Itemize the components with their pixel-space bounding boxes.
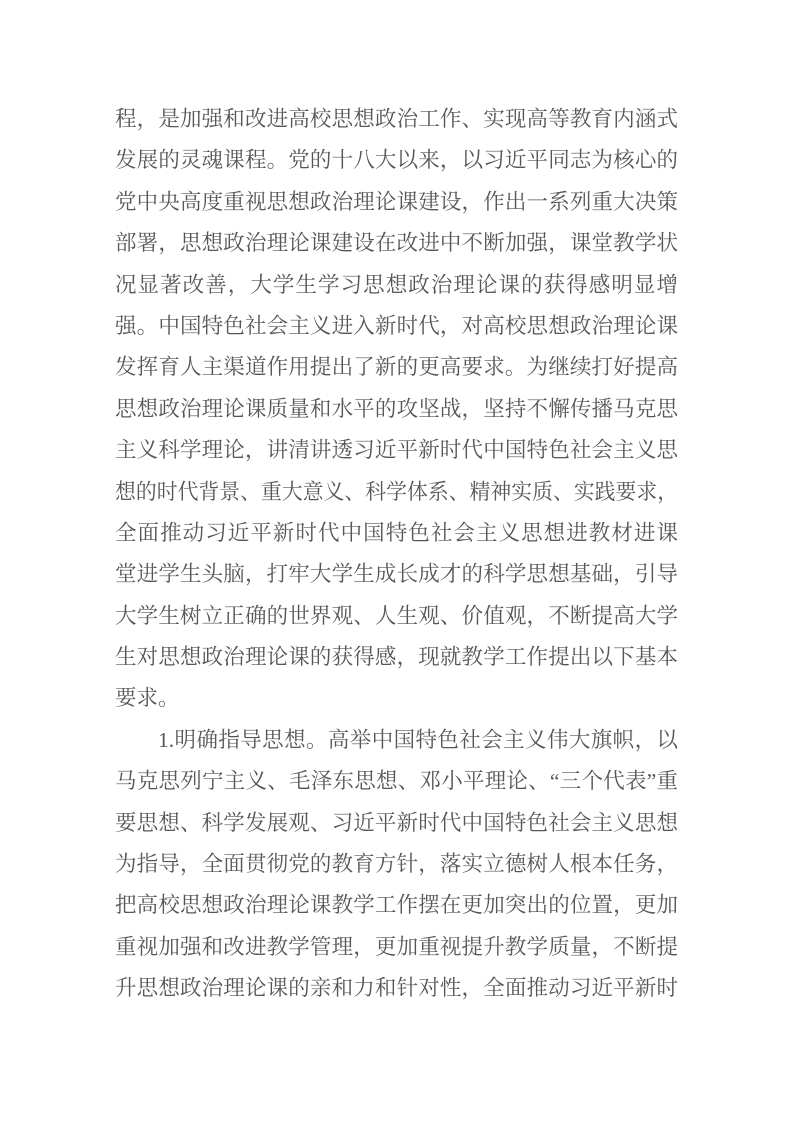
text-line: 部署，思想政治理论课建设在改进中不断加强，课堂教学状 xyxy=(115,223,678,264)
text-line: 要思想、科学发展观、习近平新时代中国特色社会主义思想 xyxy=(115,803,678,844)
text-line: 况显著改善，大学生学习思想政治理论课的获得感明显增 xyxy=(115,265,678,306)
text-line: 党中央高度重视思想政治理论课建设，作出一系列重大决策 xyxy=(115,182,678,223)
text-line: 1.明确指导思想。高举中国特色社会主义伟大旗帜，以 xyxy=(115,720,678,761)
text-line: 大学生树立正确的世界观、人生观、价值观，不断提高大学 xyxy=(115,596,678,637)
text-line: 主义科学理论，讲清讲透习近平新时代中国特色社会主义思 xyxy=(115,430,678,471)
document-text: 程，是加强和改进高校思想政治工作、实现高等教育内涵式发展的灵魂课程。党的十八大以… xyxy=(115,99,678,1010)
text-line: 强。中国特色社会主义进入新时代，对高校思想政治理论课 xyxy=(115,306,678,347)
text-line: 为指导，全面贯彻党的教育方针，落实立德树人根本任务， xyxy=(115,844,678,885)
text-line: 发展的灵魂课程。党的十八大以来，以习近平同志为核心的 xyxy=(115,140,678,181)
text-line: 马克思列宁主义、毛泽东思想、邓小平理论、“三个代表”重 xyxy=(115,761,678,802)
text-line: 思想政治理论课质量和水平的攻坚战，坚持不懈传播马克思 xyxy=(115,389,678,430)
text-line: 升思想政治理论课的亲和力和针对性，全面推动习近平新时 xyxy=(115,968,678,1009)
text-line: 程，是加强和改进高校思想政治工作、实现高等教育内涵式 xyxy=(115,99,678,140)
text-line: 把高校思想政治理论课教学工作摆在更加突出的位置，更加 xyxy=(115,885,678,926)
text-line: 想的时代背景、重大意义、科学体系、精神实质、实践要求， xyxy=(115,472,661,513)
text-line: 生对思想政治理论课的获得感，现就教学工作提出以下基本 xyxy=(115,637,678,678)
text-line: 要求。 xyxy=(115,678,678,719)
text-line: 堂进学生头脑，打牢大学生成长成才的科学思想基础，引导 xyxy=(115,554,678,595)
document-page: 程，是加强和改进高校思想政治工作、实现高等教育内涵式发展的灵魂课程。党的十八大以… xyxy=(0,0,793,1122)
text-line: 全面推动习近平新时代中国特色社会主义思想进教材进课 xyxy=(115,513,678,554)
text-line: 重视加强和改进教学管理，更加重视提升教学质量，不断提 xyxy=(115,927,678,968)
text-line: 发挥育人主渠道作用提出了新的更高要求。为继续打好提高 xyxy=(115,347,678,388)
